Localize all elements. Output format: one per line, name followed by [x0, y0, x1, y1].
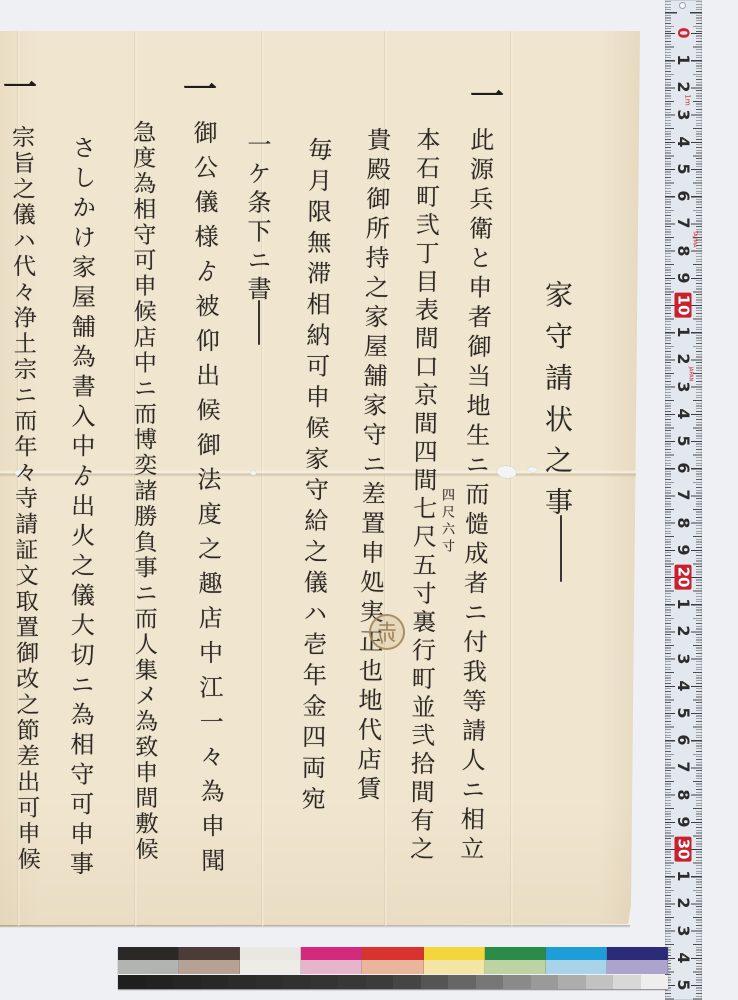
gray-step: [421, 975, 449, 989]
gray-step: [531, 975, 559, 989]
text-column: さしかけ家屋舗為書入中ゟ出火之儀大切ニ為相守可申事: [67, 135, 94, 875]
text-column: 本石町弐丁目表間口京間四間七尺五寸裏行町並弐拾間有之: [408, 127, 438, 860]
article-marker: 一: [183, 73, 217, 107]
ruler-label: 0: [675, 26, 691, 39]
gray-step: [311, 975, 339, 989]
ruler-origin: JAPAN: [688, 367, 693, 382]
color-patch-pale-blue: [546, 960, 607, 974]
ruler-label: 4: [675, 951, 691, 964]
gray-step: [338, 975, 366, 989]
ruler-label: 8: [675, 244, 691, 257]
color-patch-pale-green: [485, 960, 546, 974]
gray-step: [503, 975, 531, 989]
color-patch-gray: [118, 960, 179, 974]
ruler-label: 2: [675, 353, 691, 366]
color-patch-dark-brown: [179, 947, 240, 960]
color-patch-magenta: [301, 947, 362, 960]
ruler-label: 7: [675, 489, 691, 502]
ruler-unit-mark: 1m: [684, 94, 691, 105]
ruler-label: 9: [675, 543, 691, 556]
ruler-label: 5: [675, 162, 691, 175]
gray-step: [613, 975, 641, 989]
text-column: 毎月限無滞相納可申候家守給之儀ハ壱年金四両宛: [299, 137, 330, 810]
title-end-stroke: [560, 515, 562, 582]
color-patch-cyan: [546, 947, 607, 960]
ruler-label: 9: [675, 271, 691, 284]
ruler-brand: TAJIMA: [692, 231, 697, 248]
ruler-label: 3: [675, 924, 691, 937]
ruler-label-20cm: 20: [675, 565, 692, 590]
paper-hole: [528, 467, 537, 472]
color-patch-black: [118, 947, 179, 960]
text-column: 急度為相守可申候店中ニ而博奕諸勝負事ニ而人集メ為致申間敷候: [130, 120, 156, 860]
color-patch-navy: [607, 947, 668, 960]
ruler-label: 4: [675, 135, 691, 148]
round-seal-stamp: [369, 614, 405, 650]
color-patch-tan: [179, 960, 240, 974]
text-column: 宗旨之儀ハ代々浄土宗ニ而年々寺請証文取置御改之節差出可申候: [9, 125, 38, 870]
gray-step: [586, 975, 614, 989]
paper-hole: [497, 466, 516, 478]
ruler-label: 1: [675, 870, 691, 883]
ruler-label-10cm: 10: [675, 293, 692, 318]
ruler-label: 5: [675, 978, 691, 991]
article-marker: 一: [3, 71, 37, 105]
gray-step: [558, 975, 586, 989]
gray-step: [476, 975, 504, 989]
ruler-label: 6: [675, 462, 691, 475]
color-patch-white: [240, 947, 301, 960]
color-calibration-chart: [118, 947, 668, 989]
grayscale-row: [118, 975, 668, 989]
gray-step: [641, 975, 669, 989]
seal-glyph-icon: [374, 619, 400, 645]
column-end-stroke: [258, 300, 260, 345]
ruler-label: 3: [675, 652, 691, 665]
ruler-label: 1: [675, 326, 691, 339]
ruler-label: 7: [675, 217, 691, 230]
ruler-hang-hole: [679, 2, 686, 9]
gray-step: [228, 975, 256, 989]
color-patch-red: [362, 947, 423, 960]
color-patch-green: [485, 947, 546, 960]
ruler-label: 7: [675, 761, 691, 774]
document-title: 家守請状之事: [543, 280, 571, 515]
ruler-label: 3: [675, 380, 691, 393]
ruler-label: 1: [675, 54, 691, 67]
ruler-label: 8: [675, 516, 691, 529]
paper-hole: [250, 471, 256, 475]
color-patch-salmon: [362, 960, 423, 974]
gray-step: [146, 975, 174, 989]
color-patch-pale-yellow: [424, 960, 485, 974]
ruler-label-30cm: 30: [675, 837, 692, 862]
ruler-label: 6: [675, 734, 691, 747]
color-patch-lavender: [607, 960, 668, 974]
gray-step: [256, 975, 284, 989]
color-row-saturated: [118, 947, 668, 960]
color-row-pastel: [118, 960, 668, 974]
gray-step: [448, 975, 476, 989]
gray-step: [366, 975, 394, 989]
gray-step: [173, 975, 201, 989]
text-column: 一ケ条下ニ書: [245, 132, 269, 300]
ruler-label: 6: [675, 190, 691, 203]
ruler-label: 2: [675, 897, 691, 910]
gray-step: [393, 975, 421, 989]
color-patch-yellow: [424, 947, 485, 960]
gray-step: [283, 975, 311, 989]
article-marker: 一: [470, 80, 504, 114]
color-patch-off-white: [240, 960, 301, 974]
ruler-label: 2: [675, 81, 691, 94]
gray-step: [118, 975, 146, 989]
ruler-label: 4: [675, 407, 691, 420]
ruler-label: 1: [675, 598, 691, 611]
paper-bottom-shadow: [0, 925, 630, 928]
vertical-fold-line: [510, 31, 513, 926]
ruler-label: 2: [675, 625, 691, 638]
ruler-label: 5: [675, 706, 691, 719]
text-column: 御公儀様ゟ被仰出候御法度之趣店中江一々為申聞: [191, 120, 223, 872]
annotation-note: 四尺六寸: [440, 488, 453, 552]
ruler-label: 8: [675, 788, 691, 801]
ruler-label: 3: [675, 108, 691, 121]
color-patch-pink: [301, 960, 362, 974]
ruler-label: 9: [675, 815, 691, 828]
ruler-label: 5: [675, 434, 691, 447]
gray-step: [201, 975, 229, 989]
ruler-label: 4: [675, 679, 691, 692]
